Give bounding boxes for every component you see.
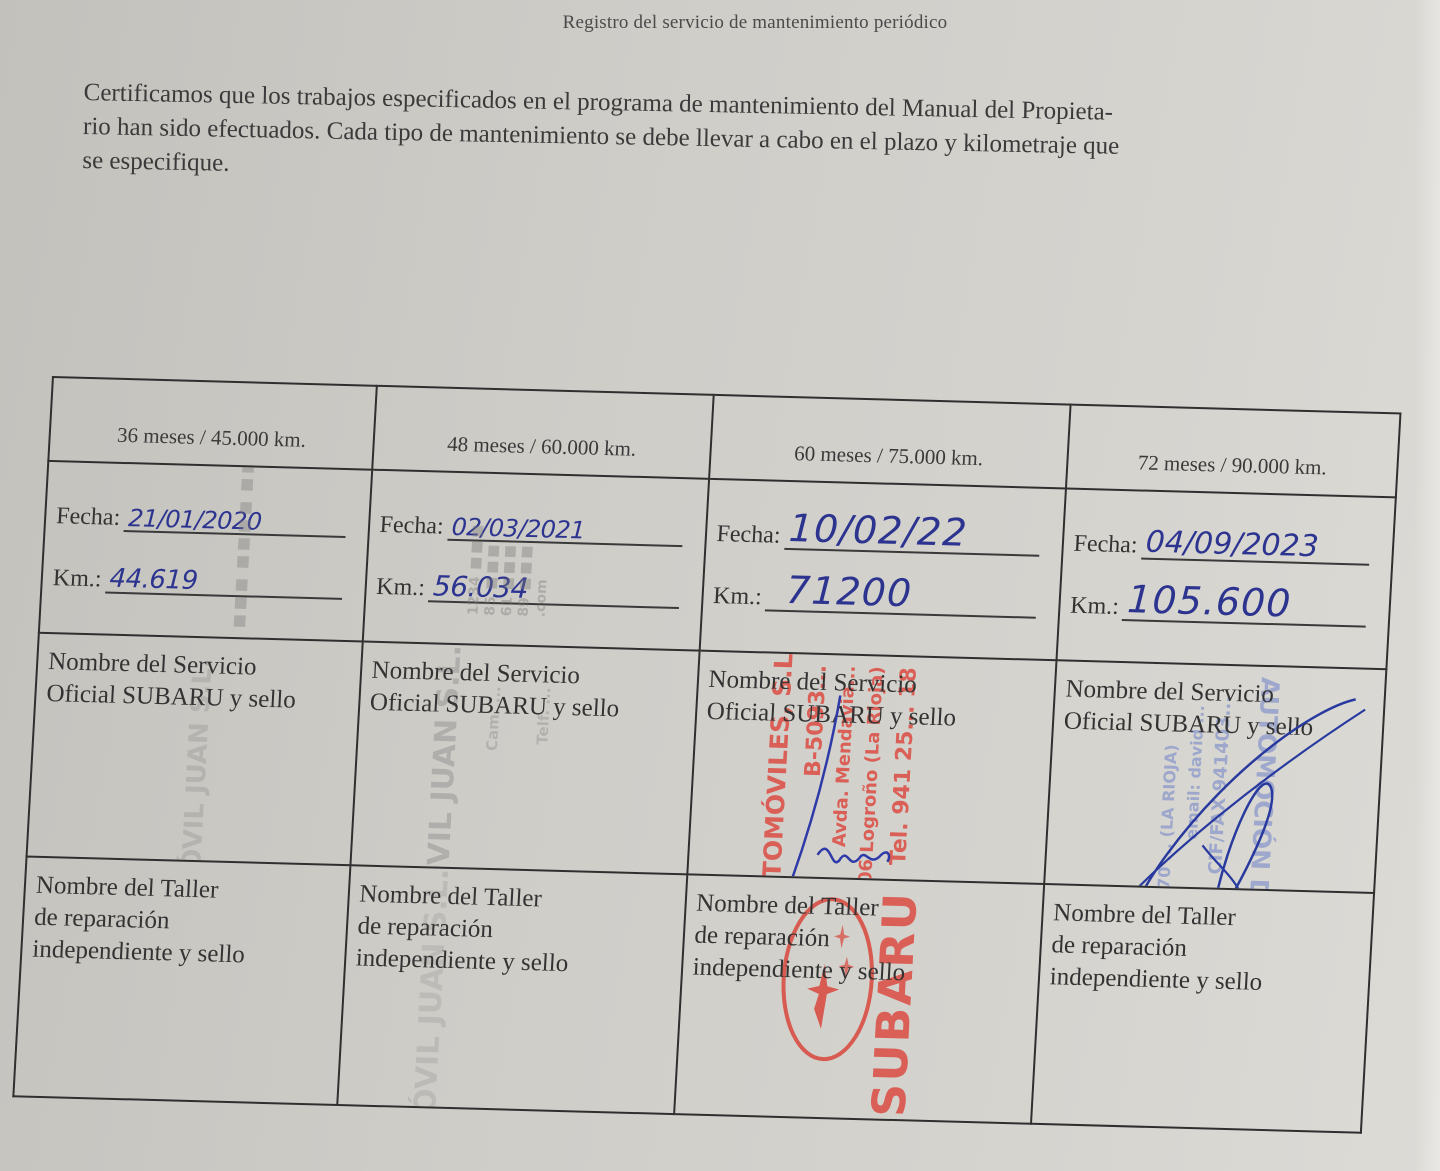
entry-cell-60: Fecha: 10/02/22 Km.: 71200 — [699, 479, 1066, 660]
fecha-value: 10/02/22 — [788, 506, 969, 555]
fecha-field[interactable]: Fecha: 10/02/22 — [716, 516, 1041, 557]
km-value: 105.600 — [1126, 577, 1292, 625]
independent-workshop-row: Nombre del Taller de reparación independ… — [13, 856, 1374, 1132]
km-field[interactable]: Km.: 71200 — [712, 578, 1037, 619]
fecha-field[interactable]: Fecha: 04/09/2023 — [1073, 526, 1371, 566]
official-service-row: Nombre del Servicio Oficial SUBARU y sel… — [27, 633, 1387, 893]
official-service-label: Nombre del Servicio Oficial SUBARU y sel… — [1063, 674, 1316, 745]
independent-workshop-cell-36[interactable]: Nombre del Taller de reparación independ… — [13, 856, 350, 1104]
document-page: Registro del servicio de mantenimiento p… — [0, 0, 1440, 1171]
official-service-label: Nombre del Servicio Oficial SUBARU y sel… — [46, 646, 299, 717]
km-field[interactable]: Km.: 105.600 — [1069, 588, 1367, 628]
intro-paragraph: Certificamos que los trabajos especifica… — [82, 76, 1424, 204]
stamp-gray-mark: 1234 ■■■85 ■■■61 ■■■89 ■■■.com — [465, 523, 554, 617]
independent-workshop-cell-60[interactable]: Nombre del Taller de reparación independ… — [674, 874, 1044, 1123]
stamp-gray-mark: ■■■ ■■■■ ■■■■ — [230, 471, 257, 631]
entry-cell-48: 1234 ■■■85 ■■■61 ■■■89 ■■■.com Fecha: 02… — [362, 470, 708, 651]
interval-header-72: 72 meses / 90.000 km. — [1066, 405, 1401, 498]
independent-workshop-cell-48[interactable]: Nombre del Taller de reparación independ… — [337, 865, 687, 1114]
km-value: 71200 — [785, 568, 913, 615]
official-service-cell-36[interactable]: Nombre del Servicio Oficial SUBARU y sel… — [27, 633, 363, 865]
interval-header-60: 60 meses / 75.000 km. — [709, 395, 1071, 489]
fecha-value: 04/09/2023 — [1145, 525, 1320, 565]
official-service-cell-48[interactable]: Nombre del Servicio Oficial SUBARU y sel… — [350, 641, 699, 874]
km-field[interactable]: Km.: 44.619 — [52, 560, 343, 600]
official-service-cell-72[interactable]: Nombre del Servicio Oficial SUBARU y sel… — [1044, 660, 1386, 893]
stamp-blue-text: 26570 ... (LA RIOJA) — [1153, 744, 1180, 893]
entry-cell-36: ■■■ ■■■■ ■■■■ Fecha: 21/01/2020 Km.: 44.… — [39, 461, 372, 642]
km-value: 44.619 — [109, 564, 199, 596]
interval-header-48: 48 meses / 60.000 km. — [372, 386, 713, 479]
independent-workshop-label: Nombre del Taller de reparación independ… — [692, 888, 910, 990]
official-service-label: Nombre del Servicio Oficial SUBARU y sel… — [369, 655, 622, 726]
official-service-cell-60[interactable]: Nombre del Servicio Oficial SUBARU y sel… — [687, 651, 1056, 884]
independent-workshop-cell-72[interactable]: Nombre del Taller de reparación independ… — [1031, 884, 1374, 1133]
independent-workshop-label: Nombre del Taller de reparación independ… — [355, 879, 573, 981]
fecha-field[interactable]: Fecha: 21/01/2020 — [56, 498, 347, 538]
page-title: Registro del servicio de mantenimiento p… — [0, 12, 1440, 34]
official-service-label: Nombre del Servicio Oficial SUBARU y sel… — [706, 664, 959, 735]
independent-workshop-label: Nombre del Taller de reparación independ… — [1049, 897, 1267, 999]
independent-workshop-label: Nombre del Taller de reparación independ… — [32, 870, 250, 972]
maintenance-record-table: 36 meses / 45.000 km. 48 meses / 60.000 … — [12, 376, 1401, 1134]
interval-header-36: 36 meses / 45.000 km. — [48, 377, 376, 470]
entry-cell-72: Fecha: 04/09/2023 Km.: 105.600 — [1056, 488, 1396, 669]
